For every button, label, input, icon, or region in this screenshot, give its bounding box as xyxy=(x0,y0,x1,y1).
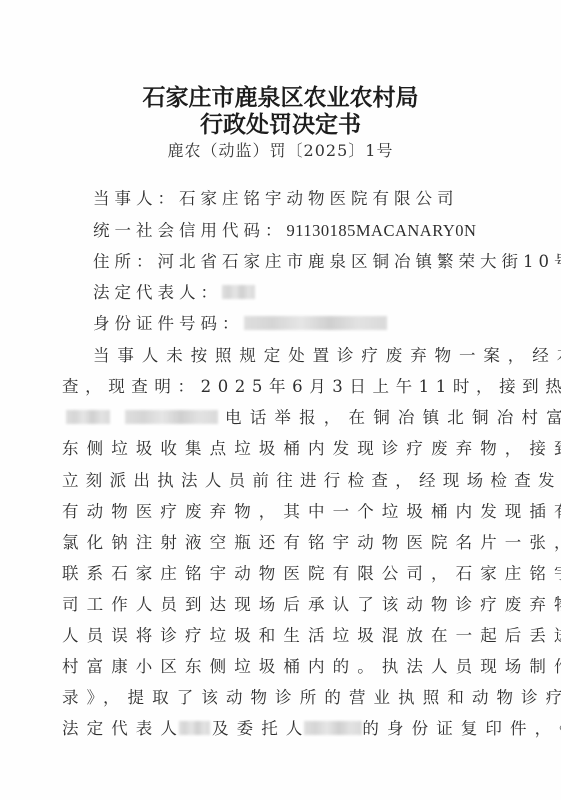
body-line: 查，现查明：2025年6月3日上午11时，接到热心市民 xyxy=(62,375,494,399)
address-label: 住所： xyxy=(93,252,158,271)
body-line: 东侧垃圾收集点垃圾桶内发现诊疗废弃物，接到举报电话后我局 xyxy=(62,437,494,461)
address-row: 住所：河北省石家庄市鹿泉区铜冶镇繁荣大街10号 xyxy=(93,250,525,274)
body-line: 氯化钠注射液空瓶还有铭宇动物医院名片一张，经执法人员现场 xyxy=(62,531,494,555)
body-line: 录》，提取了该动物诊所的营业执照和动物诊疗许可证复印件， xyxy=(62,686,494,710)
body-line: 联系石家庄铭宇动物医院有限公司，石家庄铭宇动物医院有限公 xyxy=(62,562,494,586)
agent-redacted xyxy=(304,721,362,735)
body-line: 人员误将诊疗垃圾和生活垃圾混放在一起后丢进铜冶镇北铜冶 xyxy=(62,624,494,648)
body-line: 当事人未按照规定处置诊疗废弃物一案，经本机关依法调 xyxy=(93,344,494,368)
credit-code-row: 统一社会信用代码：91130185MACANARY0N xyxy=(93,219,525,243)
document-number: 鹿农（动监）罚〔2025〕1号 xyxy=(0,140,561,162)
id-number-row: 身份证件号码： xyxy=(93,312,525,336)
body-line: 法定代表人及委托人的身份证复印件，《医疗废物处 xyxy=(62,717,494,741)
credit-code-label: 统一社会信用代码： xyxy=(93,221,287,240)
credit-code-value: 91130185MACANARY0N xyxy=(287,221,477,240)
legal-rep-row: 法定代表人： xyxy=(93,281,525,305)
legal-rep-redacted-2 xyxy=(179,721,210,735)
party-value: 石家庄铭宇动物医院有限公司 xyxy=(179,189,459,208)
party-row: 当事人：石家庄铭宇动物医院有限公司 xyxy=(93,187,525,211)
id-number-redacted xyxy=(244,316,387,330)
legal-rep-redacted xyxy=(222,285,255,299)
body-line: 电话举报，在铜冶镇北铜冶村富康小区 xyxy=(62,406,494,430)
body-line: 司工作人员到达现场后承认了该动物诊疗废弃物是该公司工作 xyxy=(62,593,494,617)
body-line: 村富康小区东侧垃圾桶内的。执法人员现场制作了《现场检查笔 xyxy=(62,655,494,679)
legal-rep-label: 法定代表人： xyxy=(93,283,222,302)
phone-redacted-2 xyxy=(125,410,218,424)
address-value: 河北省石家庄市鹿泉区铜冶镇繁荣大街10号 xyxy=(158,252,561,271)
id-number-label: 身份证件号码： xyxy=(93,314,244,333)
phone-redacted-1 xyxy=(66,410,110,424)
issuing-authority-title: 石家庄市鹿泉区农业农村局 xyxy=(0,84,561,111)
document-type-title: 行政处罚决定书 xyxy=(0,111,561,138)
document-page: 石家庄市鹿泉区农业农村局 行政处罚决定书 鹿农（动监）罚〔2025〕1号 当事人… xyxy=(0,0,561,800)
body-line: 有动物医疗废弃物，其中一个垃圾桶内发现插有输液管的宠物用 xyxy=(62,500,494,524)
body-line: 立刻派出执法人员前往进行检查，经现场检查发现3个垃圾桶内 xyxy=(62,469,494,493)
party-label: 当事人： xyxy=(93,189,179,208)
